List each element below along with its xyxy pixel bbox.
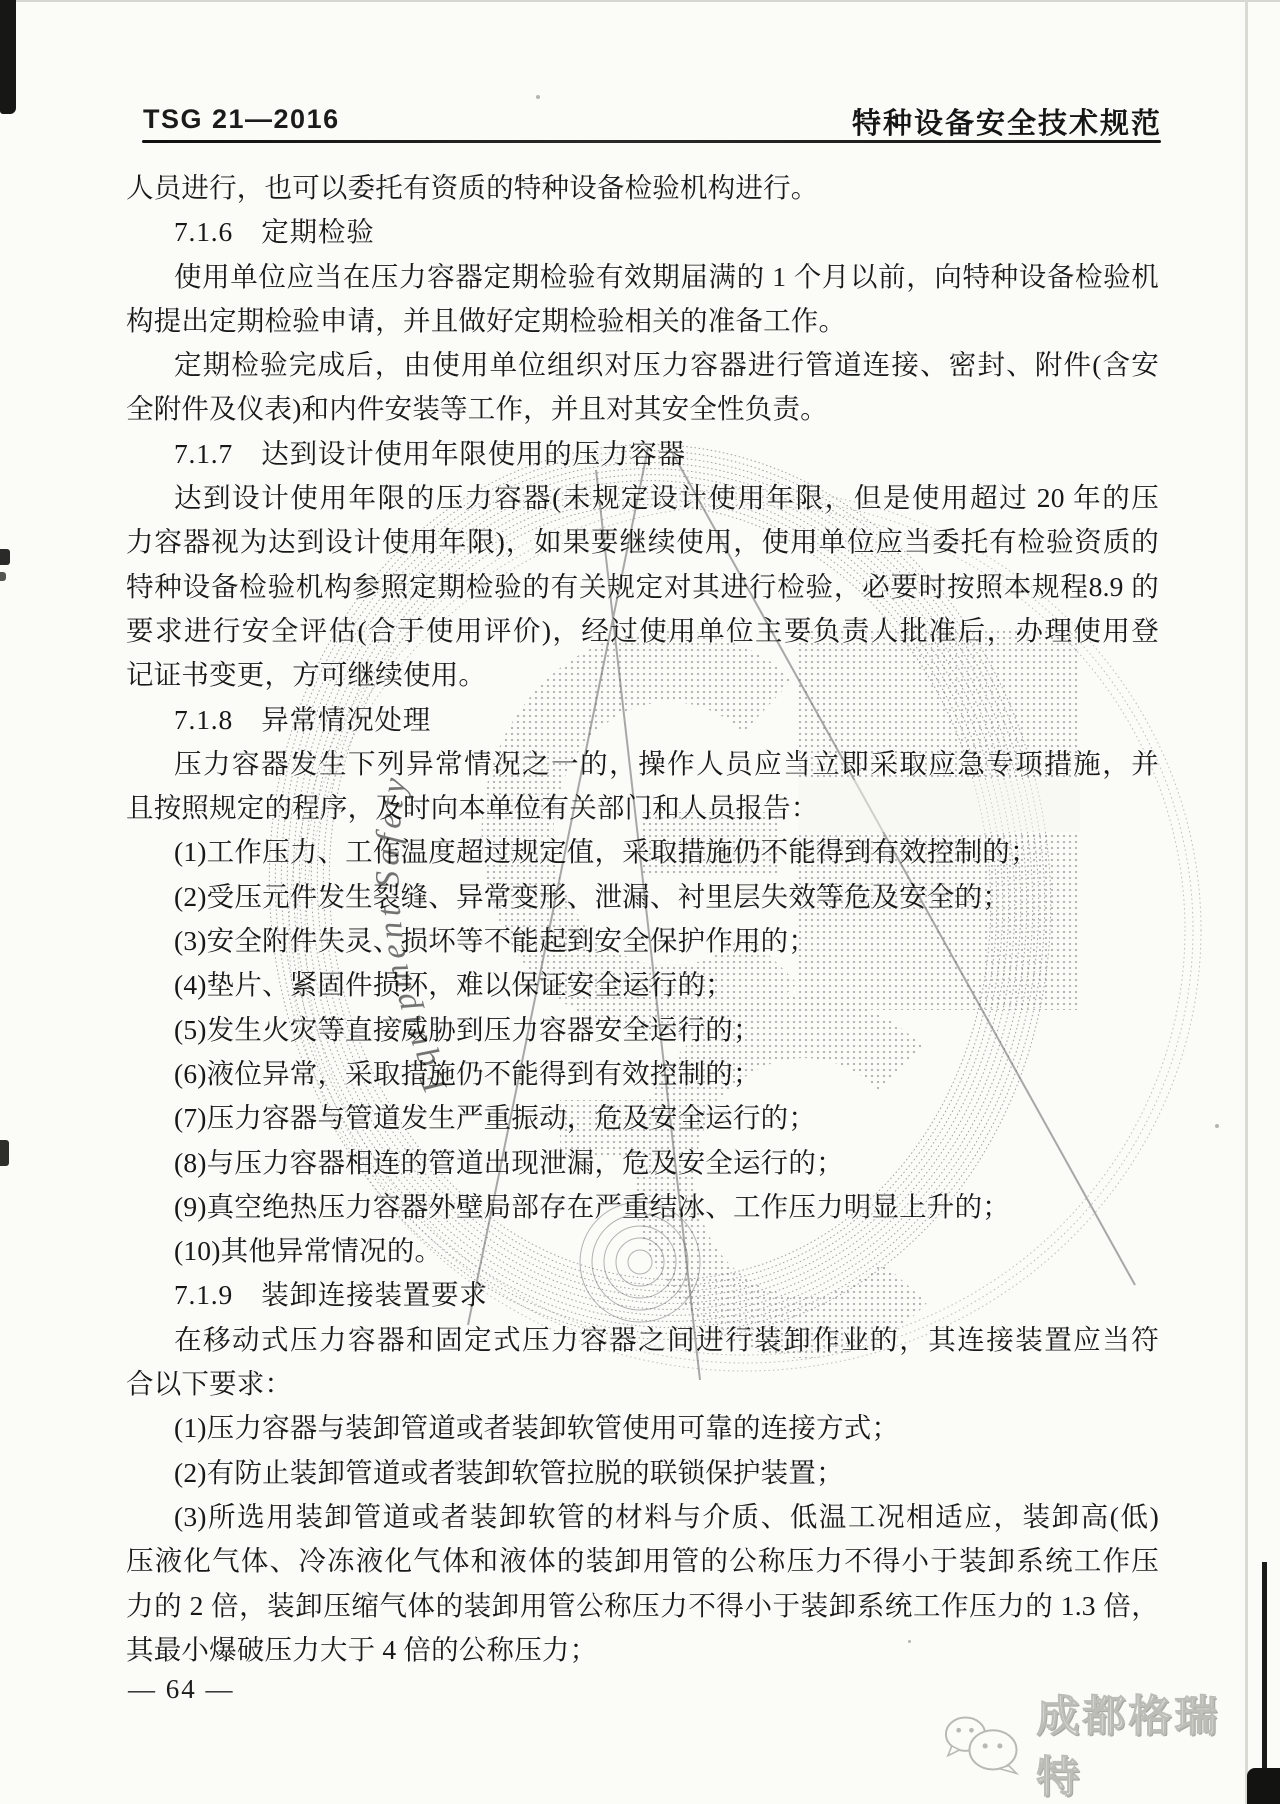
header-rule	[142, 140, 1161, 143]
text-line: (2)有防止装卸管道或者装卸软管拉脱的联锁保护装置；	[126, 1451, 1159, 1495]
scan-speck	[908, 1640, 911, 1643]
section-heading: 7.1.7 达到设计使用年限使用的压力容器	[126, 432, 1159, 476]
text-line: 人员进行，也可以委托有资质的特种设备检验机构进行。	[126, 166, 1159, 210]
text-line: (4)垫片、紧固件损坏，难以保证安全运行的；	[126, 963, 1159, 1007]
scan-right-edge-line	[1245, 0, 1248, 1804]
text-line: (7)压力容器与管道发生严重振动，危及安全运行的；	[126, 1096, 1159, 1140]
section-heading: 7.1.8 异常情况处理	[126, 698, 1159, 742]
text-line: 定期检验完成后，由使用单位组织对压力容器进行管道连接、密封、附件(含安	[126, 343, 1159, 387]
text-line: 使用单位应当在压力容器定期检验有效期届满的 1 个月以前，向特种设备检验机	[126, 255, 1159, 299]
text-line: (5)发生火灾等直接威胁到压力容器安全运行的；	[126, 1008, 1159, 1052]
text-line: 全附件及仪表)和内件安装等工作，并且对其安全性负责。	[126, 387, 1159, 431]
text-line: (1)工作压力、工作温度超过规定值，采取措施仍不能得到有效控制的；	[126, 830, 1159, 874]
text-line: 要求进行安全评估(合于使用评价)，经过使用单位主要负责人批准后，办理使用登	[126, 609, 1159, 653]
scan-left-tick	[0, 549, 10, 565]
wechat-icon	[942, 1712, 1026, 1776]
text-line: (6)液位异常，采取措施仍不能得到有效控制的；	[126, 1052, 1159, 1096]
text-line: 力容器视为达到设计使用年限)，如果要继续使用，使用单位应当委托有检验资质的	[126, 520, 1159, 564]
text-line: (3)安全附件失灵、损坏等不能起到安全保护作用的；	[126, 919, 1159, 963]
section-heading: 7.1.6 定期检验	[126, 210, 1159, 254]
text-line: 记证书变更，方可继续使用。	[126, 653, 1159, 697]
section-heading: 7.1.9 装卸连接装置要求	[126, 1273, 1159, 1317]
text-line: 力的 2 倍，装卸压缩气体的装卸用管公称压力不得小于装卸系统工作压力的 1.3 …	[126, 1584, 1159, 1628]
scanned-document-page: TSG 21—2016 特种设备安全技术规范 人员进行，也可以委托有资质的特种设…	[0, 0, 1280, 1804]
text-line: (9)真空绝热压力容器外壁局部存在严重结冰、工作压力明显上升的；	[126, 1185, 1159, 1229]
document-title: 特种设备安全技术规范	[852, 101, 1162, 142]
scan-left-tick	[0, 572, 6, 581]
content-lines: 人员进行，也可以委托有资质的特种设备检验机构进行。7.1.6 定期检验使用单位应…	[126, 166, 1159, 1672]
text-line: (2)受压元件发生裂缝、异常变形、泄漏、衬里层失效等危及安全的；	[126, 875, 1159, 919]
text-line: (3)所选用装卸管道或者装卸软管的材料与介质、低温工况相适应，装卸高(低)	[126, 1495, 1159, 1539]
text-line: 在移动式压力容器和固定式压力容器之间进行装卸作业的，其连接装置应当符	[126, 1318, 1159, 1362]
text-line: 且按照规定的程序，及时向本单位有关部门和人员报告：	[126, 786, 1159, 830]
text-line: (8)与压力容器相连的管道出现泄漏，危及安全运行的；	[126, 1141, 1159, 1185]
text-line: 特种设备检验机构参照定期检验的有关规定对其进行检验，必要时按照本规程8.9 的	[126, 565, 1159, 609]
document-code: TSG 21—2016	[143, 104, 340, 135]
scan-speck	[603, 283, 606, 286]
page-number: — 64 —	[128, 1674, 235, 1705]
scan-speck	[1215, 1124, 1219, 1128]
text-line: 构提出定期检验申请，并且做好定期检验相关的准备工作。	[126, 299, 1159, 343]
text-line: 达到设计使用年限的压力容器(未规定设计使用年限，但是使用超过 20 年的压	[126, 476, 1159, 520]
text-line: (10)其他异常情况的。	[126, 1229, 1159, 1273]
text-line: (1)压力容器与装卸管道或者装卸软管使用可靠的连接方式；	[126, 1406, 1159, 1450]
scan-speck	[455, 1462, 458, 1465]
brand-watermark: 成都格瑞特	[942, 1708, 1262, 1780]
scan-top-edge	[0, 0, 1280, 2]
text-line: 压力容器发生下列异常情况之一的，操作人员应当立即采取应急专项措施，并	[126, 742, 1159, 786]
scan-corner-bar	[0, 0, 16, 114]
scan-corner-blob	[1247, 1768, 1280, 1804]
text-line: 压液化气体、冷冻液化气体和液体的装卸用管的公称压力不得小于装卸系统工作压	[126, 1539, 1159, 1583]
scan-speck	[536, 95, 540, 99]
text-line: 合以下要求：	[126, 1362, 1159, 1406]
brand-name: 成都格瑞特	[1036, 1683, 1262, 1804]
text-line: 其最小爆破压力大于 4 倍的公称压力；	[126, 1628, 1159, 1672]
scan-left-tick	[0, 1140, 9, 1166]
